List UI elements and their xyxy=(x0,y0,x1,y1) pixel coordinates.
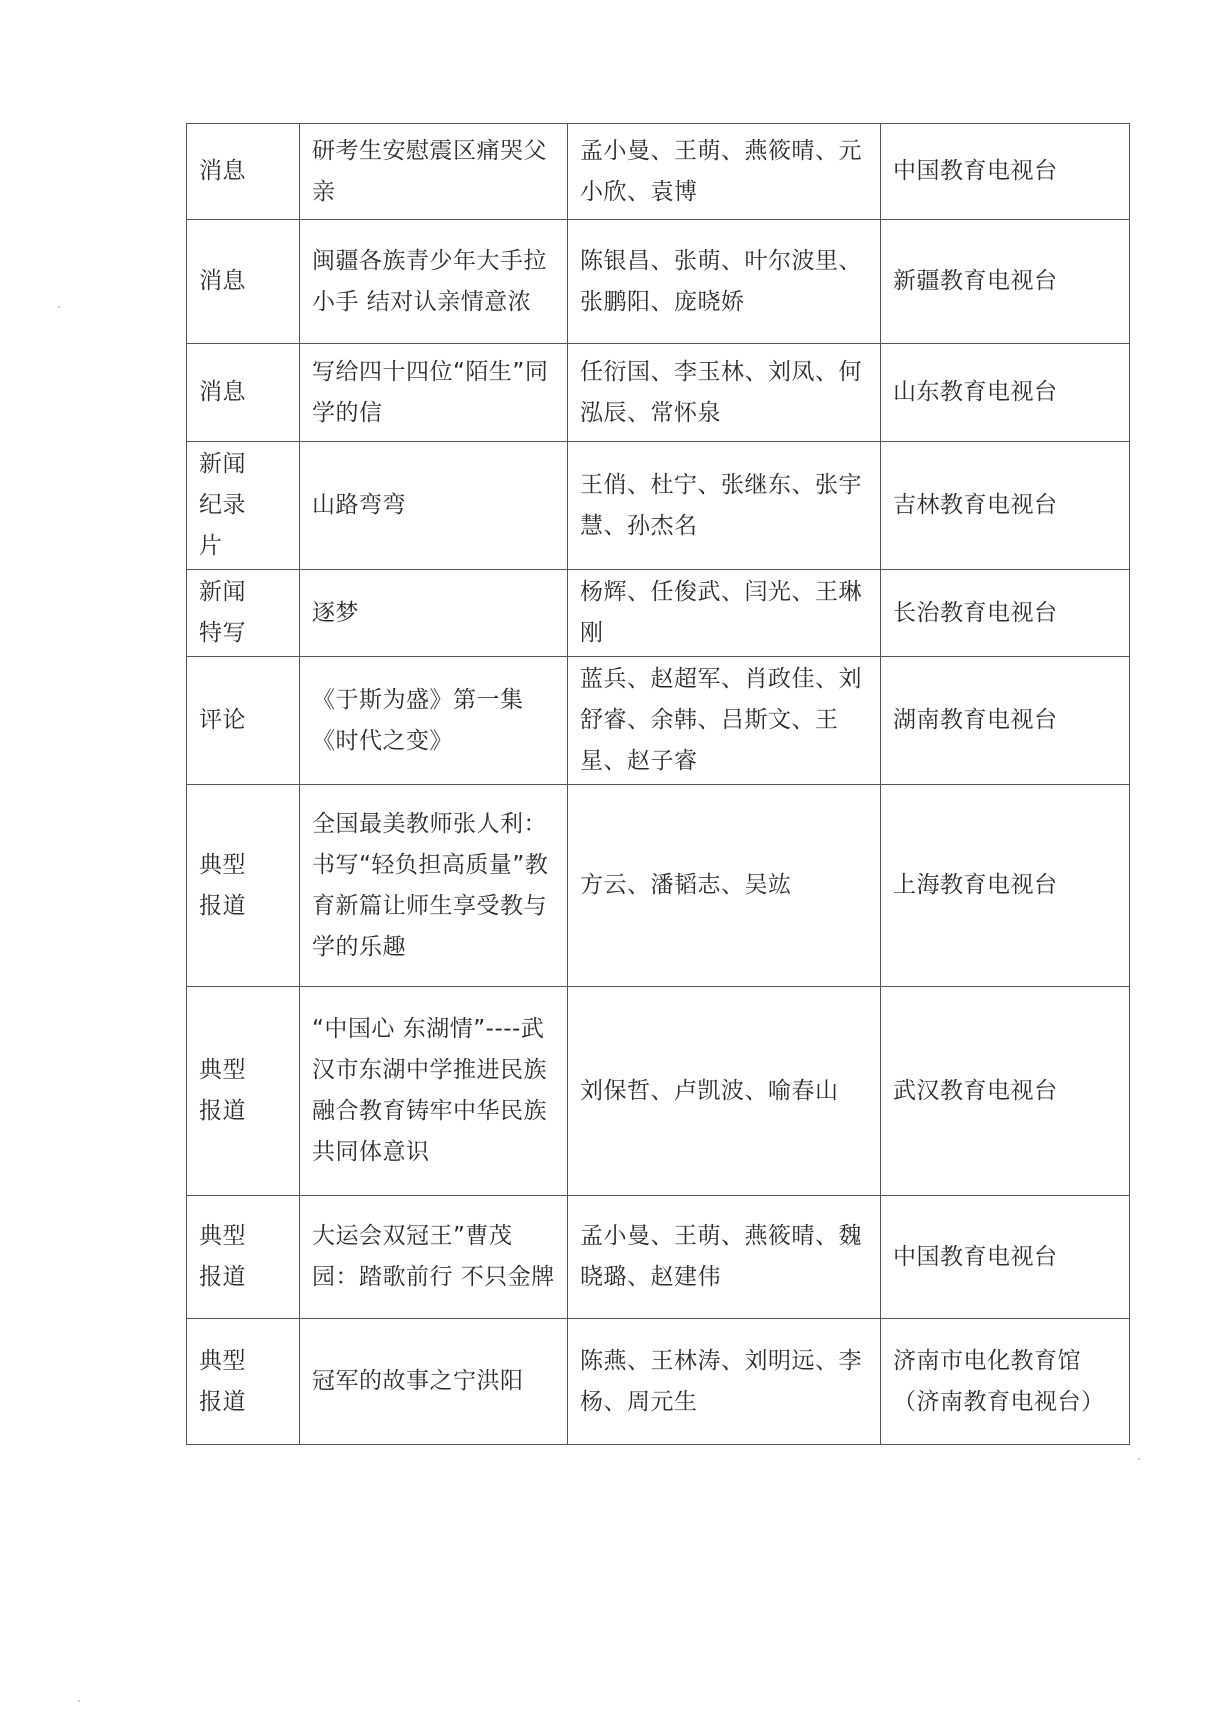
authors-cell: 陈燕、王林涛、刘明远、李杨、周元生 xyxy=(568,1319,881,1445)
category-label: 新闻特写 xyxy=(199,572,249,654)
category-label: 典型报道 xyxy=(199,1216,249,1298)
unit-cell: 长治教育电视台 xyxy=(881,570,1130,657)
table-row: 评论 《于斯为盛》第一集 《时代之变》 蓝兵、赵超军、肖政佳、刘舒睿、余韩、吕斯… xyxy=(187,657,1130,785)
scan-speck xyxy=(78,1700,80,1702)
table-row: 新闻纪录片 山路弯弯 王俏、杜宁、张继东、张宇慧、孙杰名 吉林教育电视台 xyxy=(187,442,1130,570)
title-cell: 逐梦 xyxy=(300,570,568,657)
table-row: 消息 闽疆各族青少年大手拉小手 结对认亲情意浓 陈银昌、张萌、叶尔波里、张鹏阳、… xyxy=(187,220,1130,344)
unit-cell: 新疆教育电视台 xyxy=(881,220,1130,344)
table-row: 典型报道 大运会双冠王”曹茂园：踏歌前行 不只金牌 孟小曼、王萌、燕筱晴、魏晓璐… xyxy=(187,1196,1130,1319)
authors-cell: 任衍国、李玉林、刘凤、何泓辰、常怀泉 xyxy=(568,344,881,442)
unit-cell: 济南市电化教育馆（济南教育电视台） xyxy=(881,1319,1130,1445)
title-cell: 写给四十四位“陌生”同学的信 xyxy=(300,344,568,442)
title-cell: 研考生安慰震区痛哭父亲 xyxy=(300,124,568,220)
authors-cell: 刘保哲、卢凯波、喻春山 xyxy=(568,987,881,1196)
authors-cell: 杨辉、任俊武、闫光、王琳刚 xyxy=(568,570,881,657)
category-cell: 典型报道 xyxy=(187,785,300,987)
table-row: 典型报道 “中国心 东湖情”----武汉市东湖中学推进民族融合教育铸牢中华民族共… xyxy=(187,987,1130,1196)
title-cell: 闽疆各族青少年大手拉小手 结对认亲情意浓 xyxy=(300,220,568,344)
category-cell: 消息 xyxy=(187,220,300,344)
unit-cell: 吉林教育电视台 xyxy=(881,442,1130,570)
document-page: 消息 研考生安慰震区痛哭父亲 孟小曼、王萌、燕筱晴、元小欣、袁博 中国教育电视台… xyxy=(0,0,1205,1718)
title-cell: 《于斯为盛》第一集 《时代之变》 xyxy=(300,657,568,785)
unit-cell: 湖南教育电视台 xyxy=(881,657,1130,785)
title-cell: “中国心 东湖情”----武汉市东湖中学推进民族融合教育铸牢中华民族共同体意识 xyxy=(300,987,568,1196)
authors-cell: 孟小曼、王萌、燕筱晴、魏晓璐、赵建伟 xyxy=(568,1196,881,1319)
table-row: 消息 写给四十四位“陌生”同学的信 任衍国、李玉林、刘凤、何泓辰、常怀泉 山东教… xyxy=(187,344,1130,442)
category-cell: 消息 xyxy=(187,344,300,442)
title-cell: 山路弯弯 xyxy=(300,442,568,570)
category-cell: 新闻特写 xyxy=(187,570,300,657)
category-label: 消息 xyxy=(199,372,249,413)
unit-cell: 上海教育电视台 xyxy=(881,785,1130,987)
scan-speck xyxy=(58,306,60,308)
category-cell: 评论 xyxy=(187,657,300,785)
category-label: 新闻纪录片 xyxy=(199,444,249,567)
unit-cell: 武汉教育电视台 xyxy=(881,987,1130,1196)
title-cell: 大运会双冠王”曹茂园：踏歌前行 不只金牌 xyxy=(300,1196,568,1319)
unit-cell: 山东教育电视台 xyxy=(881,344,1130,442)
category-label: 消息 xyxy=(199,151,249,192)
table-row: 典型报道 冠军的故事之宁洪阳 陈燕、王林涛、刘明远、李杨、周元生 济南市电化教育… xyxy=(187,1319,1130,1445)
authors-cell: 王俏、杜宁、张继东、张宇慧、孙杰名 xyxy=(568,442,881,570)
title-cell: 冠军的故事之宁洪阳 xyxy=(300,1319,568,1445)
authors-cell: 蓝兵、赵超军、肖政佳、刘舒睿、余韩、吕斯文、王星、赵子睿 xyxy=(568,657,881,785)
table-row: 新闻特写 逐梦 杨辉、任俊武、闫光、王琳刚 长治教育电视台 xyxy=(187,570,1130,657)
category-cell: 新闻纪录片 xyxy=(187,442,300,570)
authors-cell: 方云、潘韬志、吴竑 xyxy=(568,785,881,987)
table-row: 典型报道 全国最美教师张人利：书写“轻负担高质量”教育新篇让师生享受教与学的乐趣… xyxy=(187,785,1130,987)
authors-cell: 孟小曼、王萌、燕筱晴、元小欣、袁博 xyxy=(568,124,881,220)
scan-speck xyxy=(1138,1458,1140,1460)
table-body: 消息 研考生安慰震区痛哭父亲 孟小曼、王萌、燕筱晴、元小欣、袁博 中国教育电视台… xyxy=(187,124,1130,1445)
category-label: 典型报道 xyxy=(199,1050,249,1132)
category-label: 消息 xyxy=(199,261,249,302)
category-label: 典型报道 xyxy=(199,1341,249,1423)
category-label: 评论 xyxy=(199,700,249,741)
category-cell: 典型报道 xyxy=(187,987,300,1196)
table-row: 消息 研考生安慰震区痛哭父亲 孟小曼、王萌、燕筱晴、元小欣、袁博 中国教育电视台 xyxy=(187,124,1130,220)
category-label: 典型报道 xyxy=(199,845,249,927)
unit-cell: 中国教育电视台 xyxy=(881,1196,1130,1319)
authors-cell: 陈银昌、张萌、叶尔波里、张鹏阳、庞晓娇 xyxy=(568,220,881,344)
unit-cell: 中国教育电视台 xyxy=(881,124,1130,220)
award-winners-table: 消息 研考生安慰震区痛哭父亲 孟小曼、王萌、燕筱晴、元小欣、袁博 中国教育电视台… xyxy=(186,123,1130,1445)
category-cell: 消息 xyxy=(187,124,300,220)
title-cell: 全国最美教师张人利：书写“轻负担高质量”教育新篇让师生享受教与学的乐趣 xyxy=(300,785,568,987)
category-cell: 典型报道 xyxy=(187,1196,300,1319)
category-cell: 典型报道 xyxy=(187,1319,300,1445)
